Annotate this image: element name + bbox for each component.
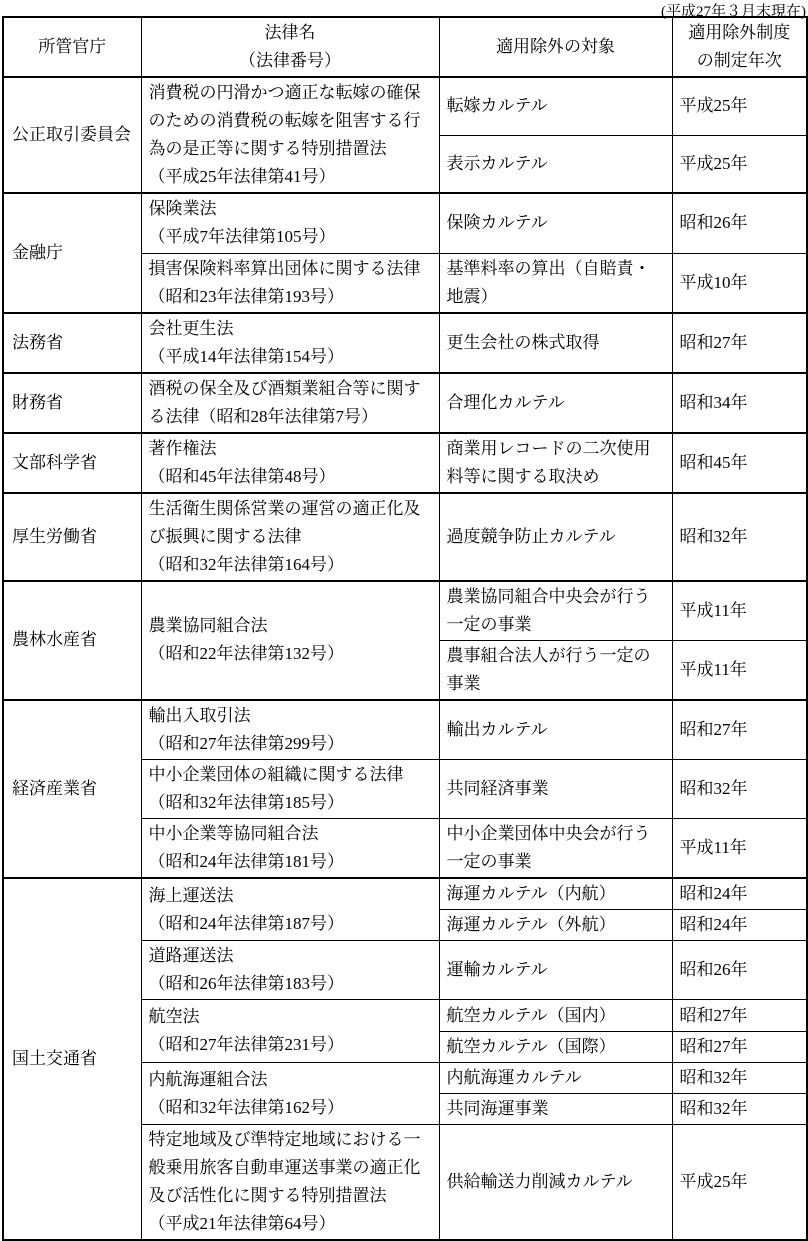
year-cell: 昭和32年 [672, 1063, 807, 1094]
ministry-cell: 法務省 [3, 313, 141, 373]
law-cell: 特定地域及び準特定地域における一般乗用旅客自動車運送事業の適正化及び活性化に関す… [141, 1125, 439, 1241]
ministry-cell: 文部科学省 [3, 433, 141, 493]
year-cell: 平成11年 [672, 581, 807, 641]
target-cell: 農業協同組合中央会が行う一定の事業 [439, 581, 672, 641]
law-cell: 生活衛生関係営業の運営の適正化及び振興に関する法律（昭和32年法律第164号） [141, 493, 439, 581]
target-cell: 表示カルテル [439, 135, 672, 193]
year-cell: 昭和27年 [672, 1032, 807, 1063]
law-cell: 著作権法（昭和45年法律第48号） [141, 433, 439, 493]
table-row: 厚生労働省 生活衛生関係営業の運営の適正化及び振興に関する法律（昭和32年法律第… [3, 493, 807, 581]
year-cell: 平成11年 [672, 640, 807, 700]
header-ministry: 所管官庁 [3, 17, 141, 77]
year-cell: 昭和27年 [672, 700, 807, 760]
law-cell: 消費税の円滑かつ適正な転嫁の確保のための消費税の転嫁を阻害する行為の是正等に関す… [141, 77, 439, 193]
law-cell: 会社更生法（平成14年法律第154号） [141, 313, 439, 373]
ministry-cell: 農林水産省 [3, 581, 141, 700]
ministry-cell: 財務省 [3, 373, 141, 433]
year-cell: 平成10年 [672, 253, 807, 313]
target-cell: 輸出カルテル [439, 700, 672, 760]
year-cell: 平成25年 [672, 135, 807, 193]
table-row: 農林水産省 農業協同組合法（昭和22年法律第132号） 農業協同組合中央会が行う… [3, 581, 807, 641]
year-cell: 昭和24年 [672, 878, 807, 910]
year-cell: 平成25年 [672, 1125, 807, 1241]
table-row: 財務省 酒税の保全及び酒類業組合等に関する法律（昭和28年法律第7号） 合理化カ… [3, 373, 807, 433]
year-cell: 昭和24年 [672, 910, 807, 941]
ministry-cell: 厚生労働省 [3, 493, 141, 581]
target-cell: 基準料率の算出（自賠責・地震） [439, 253, 672, 313]
target-cell: 転嫁カルテル [439, 77, 672, 135]
year-cell: 昭和32年 [672, 1094, 807, 1125]
target-cell: 供給輸送力削減カルテル [439, 1125, 672, 1241]
law-cell: 道路運送法（昭和26年法律第183号） [141, 941, 439, 1000]
target-cell: 内航海運カルテル [439, 1063, 672, 1094]
target-cell: 商業用レコードの二次使用料等に関する取決め [439, 433, 672, 493]
target-cell: 海運カルテル（内航） [439, 878, 672, 910]
law-cell: 農業協同組合法（昭和22年法律第132号） [141, 581, 439, 700]
target-cell: 中小企業団体中央会が行う一定の事業 [439, 818, 672, 878]
table-row: 経済産業省 輸出入取引法（昭和27年法律第299号） 輸出カルテル 昭和27年 [3, 700, 807, 760]
year-cell: 平成11年 [672, 818, 807, 878]
law-cell: 航空法（昭和27年法律第231号） [141, 1000, 439, 1063]
law-cell: 輸出入取引法（昭和27年法律第299号） [141, 700, 439, 760]
law-cell: 中小企業団体の組織に関する法律（昭和32年法律第185号） [141, 759, 439, 818]
target-cell: 共同経済事業 [439, 759, 672, 818]
table-row: 公正取引委員会 消費税の円滑かつ適正な転嫁の確保のための消費税の転嫁を阻害する行… [3, 77, 807, 135]
year-cell: 昭和32年 [672, 759, 807, 818]
ministry-cell: 国土交通省 [3, 878, 141, 1240]
target-cell: 合理化カルテル [439, 373, 672, 433]
target-cell: 運輸カルテル [439, 941, 672, 1000]
year-cell: 昭和34年 [672, 373, 807, 433]
header-law-name: 法律名（法律番号） [141, 17, 439, 77]
table-row: 文部科学省 著作権法（昭和45年法律第48号） 商業用レコードの二次使用料等に関… [3, 433, 807, 493]
target-cell: 保険カルテル [439, 193, 672, 253]
target-cell: 共同海運事業 [439, 1094, 672, 1125]
ministry-cell: 公正取引委員会 [3, 77, 141, 193]
target-cell: 航空カルテル（国際） [439, 1032, 672, 1063]
year-cell: 昭和27年 [672, 313, 807, 373]
page: { "note": "(平成27年３月末現在)", "header": { "m… [0, 0, 808, 1206]
target-cell: 過度競争防止カルテル [439, 493, 672, 581]
target-cell: 航空カルテル（国内） [439, 1000, 672, 1032]
year-cell: 昭和27年 [672, 1000, 807, 1032]
header-enactment-year: 適用除外制度の制定年次 [672, 17, 807, 77]
target-cell: 更生会社の株式取得 [439, 313, 672, 373]
law-cell: 酒税の保全及び酒類業組合等に関する法律（昭和28年法律第7号） [141, 373, 439, 433]
year-cell: 昭和32年 [672, 493, 807, 581]
law-cell: 保険業法（平成7年法律第105号） [141, 193, 439, 253]
header-exemption-target: 適用除外の対象 [439, 17, 672, 77]
ministry-cell: 経済産業省 [3, 700, 141, 879]
table-row: 国土交通省 海上運送法（昭和24年法律第187号） 海運カルテル（内航） 昭和2… [3, 878, 807, 910]
target-cell: 農事組合法人が行う一定の事業 [439, 640, 672, 700]
law-cell: 内航海運組合法（昭和32年法律第162号） [141, 1063, 439, 1125]
year-cell: 昭和26年 [672, 193, 807, 253]
law-cell: 中小企業等協同組合法（昭和24年法律第181号） [141, 818, 439, 878]
exemption-table: 所管官庁 法律名（法律番号） 適用除外の対象 適用除外制度の制定年次 公正取引委… [2, 16, 808, 1241]
ministry-cell: 金融庁 [3, 193, 141, 313]
year-cell: 昭和45年 [672, 433, 807, 493]
target-cell: 海運カルテル（外航） [439, 910, 672, 941]
year-cell: 昭和26年 [672, 941, 807, 1000]
law-cell: 損害保険料率算出団体に関する法律（昭和23年法律第193号） [141, 253, 439, 313]
law-cell: 海上運送法（昭和24年法律第187号） [141, 878, 439, 941]
table-header-row: 所管官庁 法律名（法律番号） 適用除外の対象 適用除外制度の制定年次 [3, 17, 807, 77]
table-row: 法務省 会社更生法（平成14年法律第154号） 更生会社の株式取得 昭和27年 [3, 313, 807, 373]
year-cell: 平成25年 [672, 77, 807, 135]
table-row: 金融庁 保険業法（平成7年法律第105号） 保険カルテル 昭和26年 [3, 193, 807, 253]
